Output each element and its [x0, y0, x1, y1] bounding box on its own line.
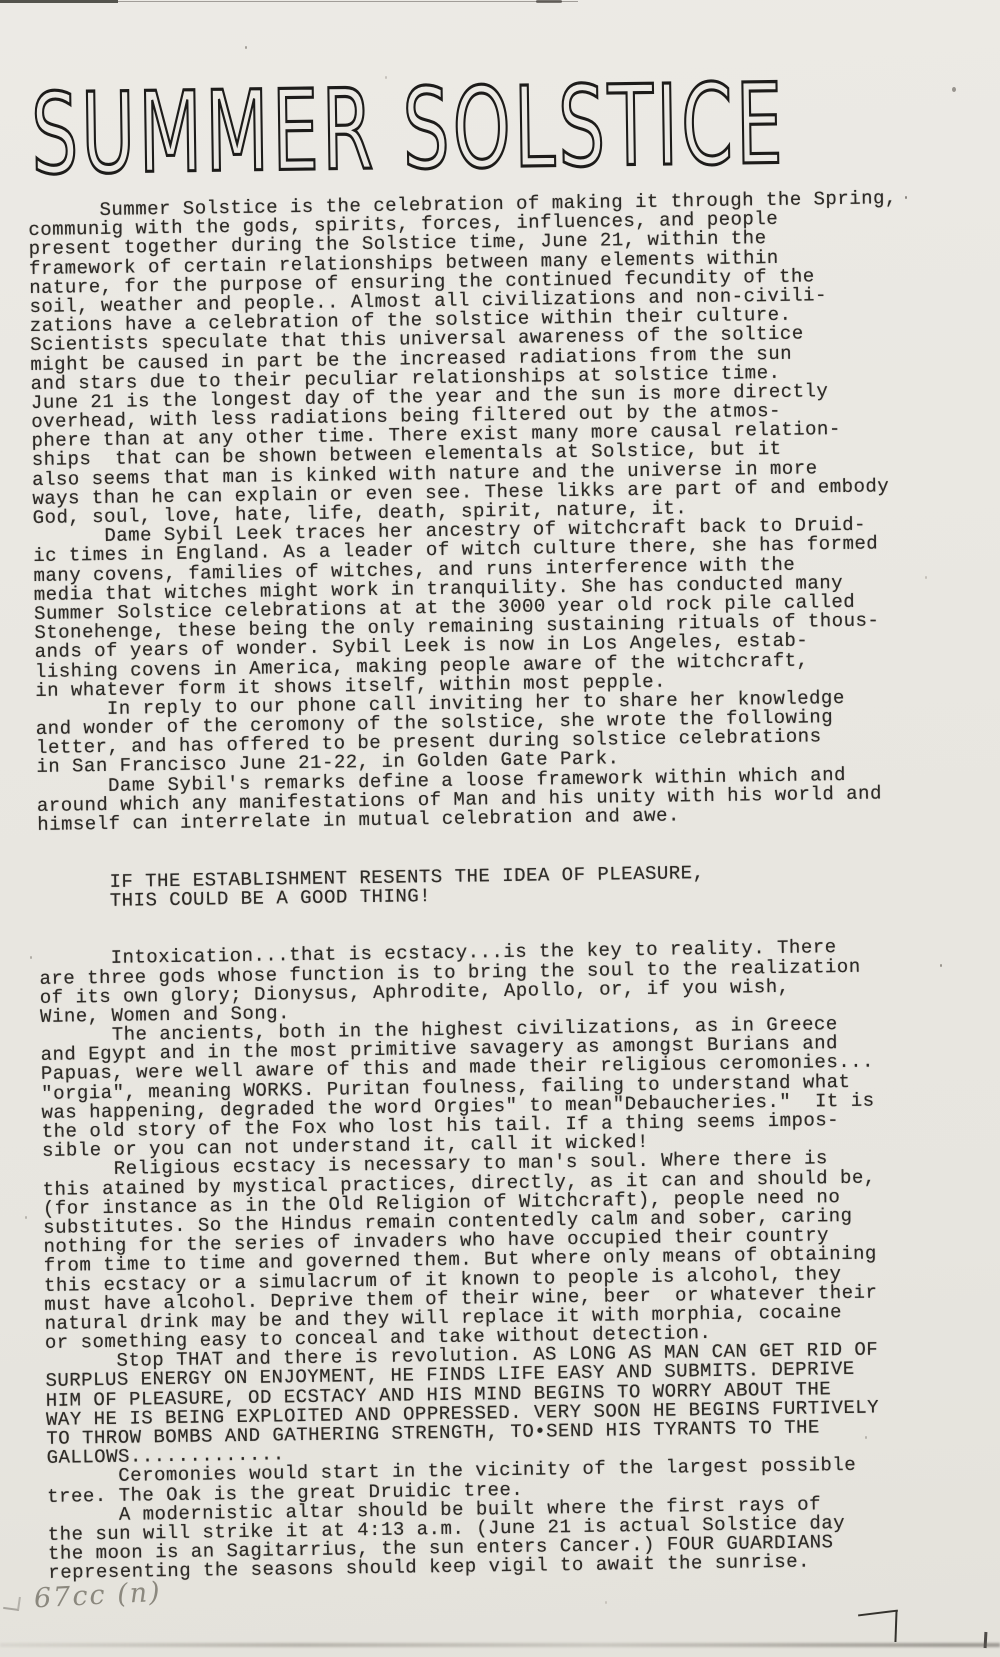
page-title-text: SUMMER SOLSTICE	[30, 60, 786, 200]
scanned-page: SUMMER SOLSTICE Summer Solstice is the c…	[0, 0, 1000, 1657]
scan-edge-artifact-top	[0, 0, 1000, 5]
scan-edge-segment	[118, 1, 578, 2]
scan-edge-artifact-bottom	[0, 1643, 1000, 1647]
pencil-mark	[3, 1595, 21, 1611]
paper-specks	[905, 196, 907, 199]
scan-edge-segment	[536, 0, 562, 3]
crop-mark	[858, 1604, 906, 1644]
document-body: Summer Solstice is the celebration of ma…	[28, 188, 998, 1583]
handwritten-annotation: 67cc (n)	[33, 1577, 162, 1615]
crop-mark-vertical	[894, 1610, 897, 1642]
scan-edge-segment	[0, 0, 118, 3]
crop-mark-horizontal	[858, 1610, 898, 1617]
